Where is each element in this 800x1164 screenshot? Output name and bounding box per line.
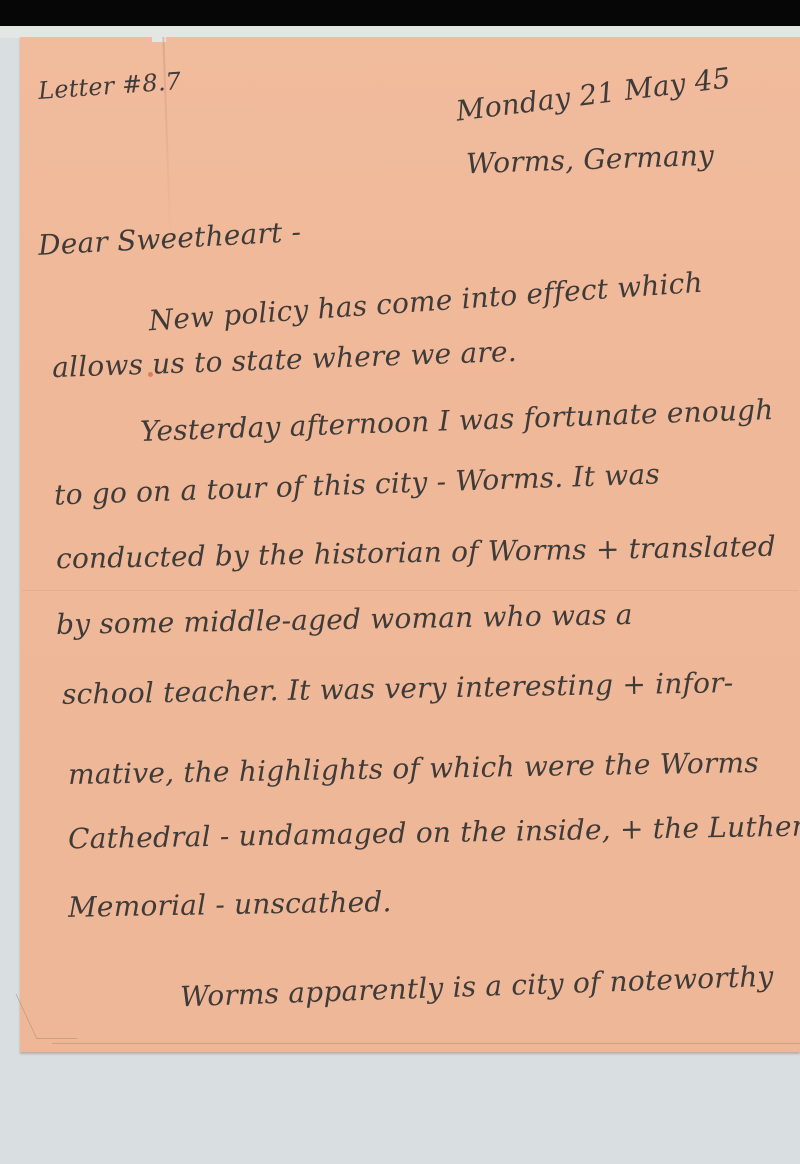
body-line: Memorial - unscathed. <box>68 885 392 924</box>
paper-fold-line <box>22 590 798 591</box>
paper-inner-edge <box>52 1043 800 1044</box>
scanner-top-bar <box>0 0 800 26</box>
